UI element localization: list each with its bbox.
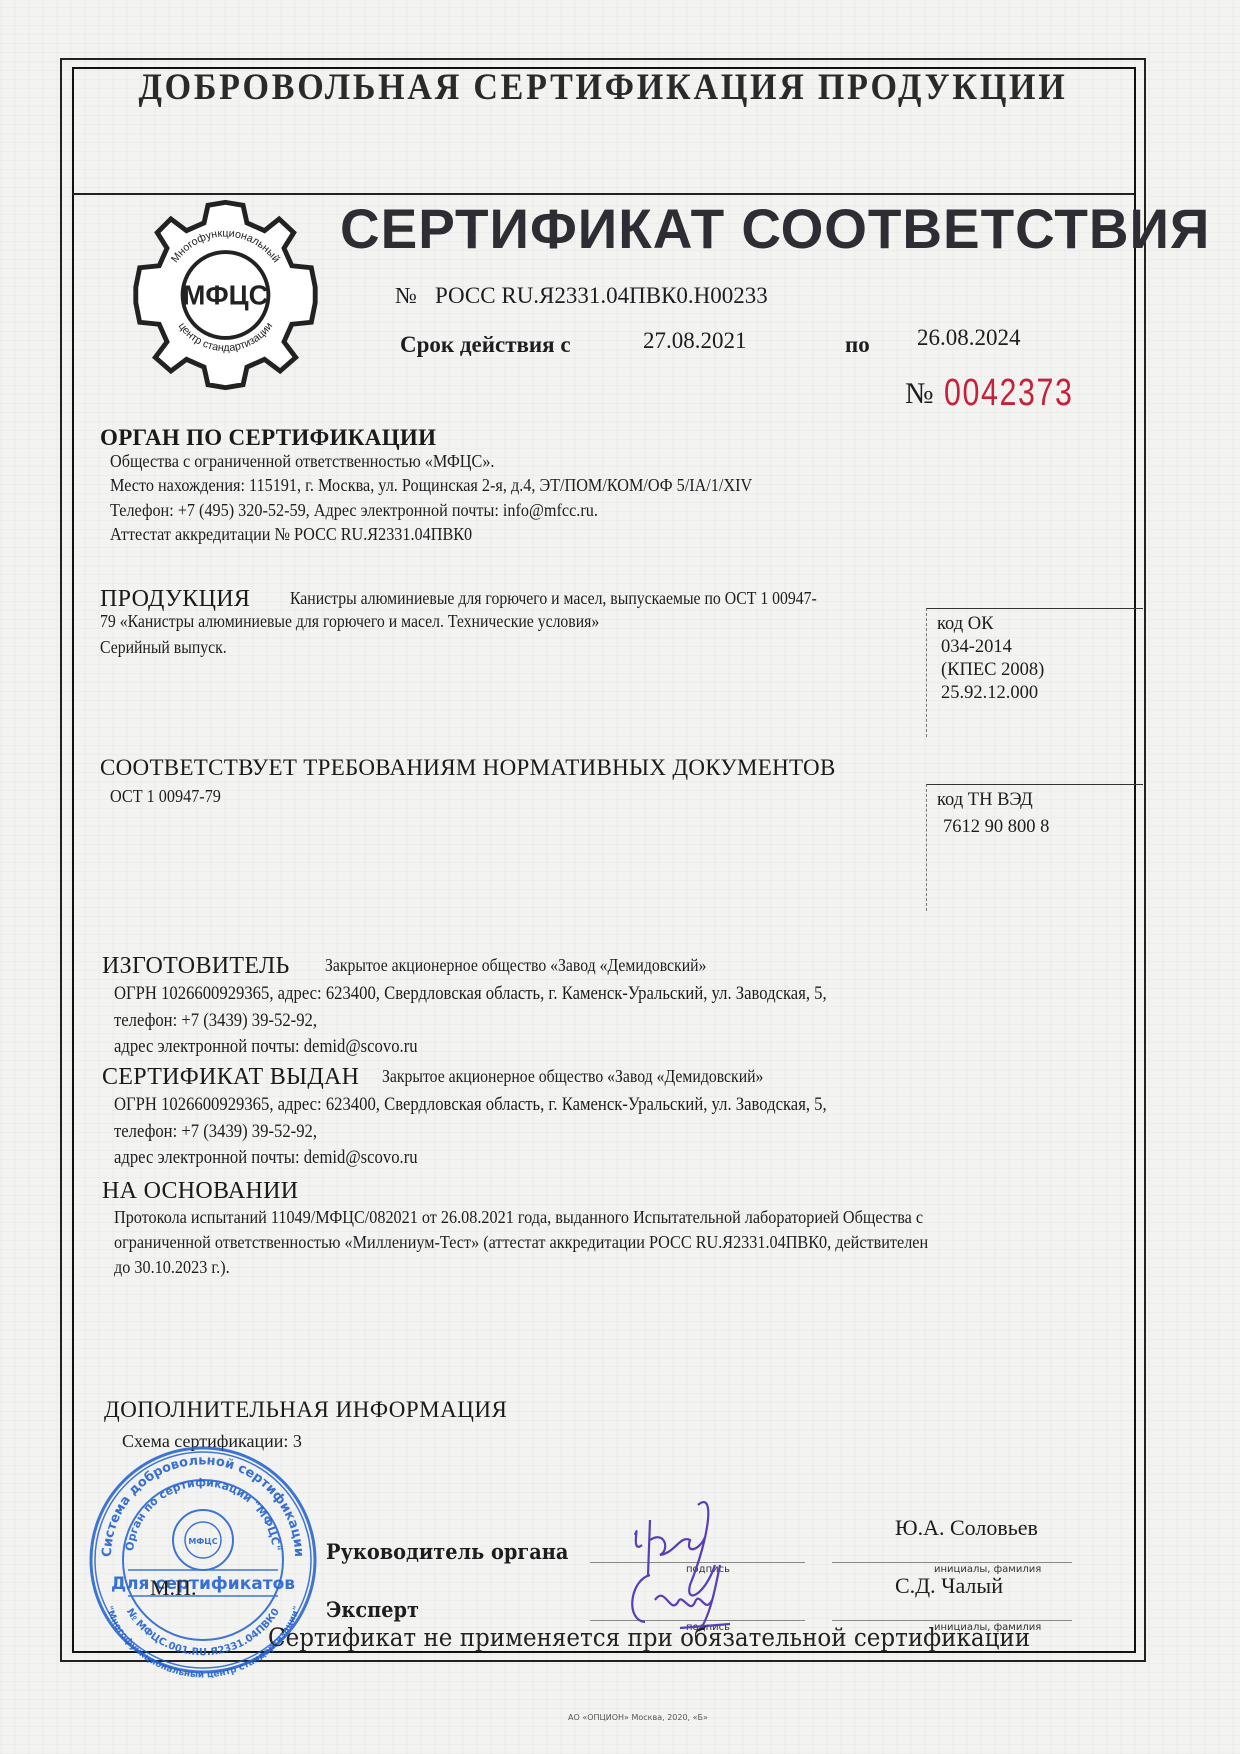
manufacturer-phone: телефон: +7 (3439) 39-52-92, [114,1011,317,1032]
issued-to-address: ОГРН 1026600929365, адрес: 623400, Сверд… [114,1095,827,1116]
basis-heading: НА ОСНОВАНИИ [102,1178,298,1205]
svg-text:МФЦС: МФЦС [188,1537,217,1546]
issued-to-heading: СЕРТИФИКАТ ВЫДАН [102,1064,359,1091]
head-name: Ю.А. Соловьев [895,1515,1038,1541]
product-heading: ПРОДУКЦИЯ [100,586,250,613]
footer-note: Сертификат не применяется при обязательн… [268,1623,1030,1652]
valid-from-date: 27.08.2021 [643,328,747,354]
conformity-heading: СООТВЕТСТВУЕТ ТРЕБОВАНИЯМ НОРМАТИВНЫХ ДО… [100,755,836,781]
manufacturer-name: Закрытое акционерное общество «Завод «Де… [325,955,706,976]
expert-name-line [832,1620,1072,1621]
basis-line: ограниченной ответственностью «Миллениум… [114,1232,928,1253]
certificate-number: №РОСС RU.Я2331.04ПВК0.Н00233 [395,283,768,309]
certificate-title: СЕРТИФИКАТ СООТВЕТСТВИЯ [340,196,1210,261]
product-series: Серийный выпуск. [100,637,227,658]
certification-body-line: Общества с ограниченной ответственностью… [110,451,494,472]
certification-body-heading: ОРГАН ПО СЕРТИФИКАЦИИ [100,425,436,451]
valid-to-date: 26.08.2024 [917,325,1021,351]
validity-label: Срок действия с [400,332,571,358]
basis-line: Протокола испытаний 11049/МФЦС/082021 от… [114,1207,923,1228]
print-note: АО «ОПЦИОН» Москва, 2020, «Б» [568,1713,708,1722]
valid-to-label: по [845,332,870,358]
certification-body-line: Аттестат аккредитации № РОСС RU.Я2331.04… [110,524,472,545]
mfcs-logo-icon: МФЦС Многофункциональный центр стандарти… [128,195,323,395]
certification-body-line: Телефон: +7 (495) 320-52-59, Адрес элект… [110,500,598,521]
manufacturer-heading: ИЗГОТОВИТЕЛЬ [102,953,290,980]
issued-to-phone: телефон: +7 (3439) 39-52-92, [114,1122,317,1143]
certification-body-line: Место нахождения: 115191, г. Москва, ул.… [110,475,752,496]
manufacturer-address: ОГРН 1026600929365, адрес: 623400, Сверд… [114,984,827,1005]
tnved-code-box: код ТН ВЭД 7612 90 800 8 [926,784,1143,911]
head-name-line [832,1562,1072,1563]
normative-document: ОСТ 1 00947-79 [110,786,221,807]
svg-text:№ МФЦС.001.RU.Я2331.04ПВК0: № МФЦС.001.RU.Я2331.04ПВК0 [124,1607,282,1659]
serial-number-symbol: № [905,377,934,411]
expert-name: С.Д. Чалый [895,1573,1003,1599]
stamp-place-label: М.П. [150,1575,196,1601]
document-type-title: ДОБРОВОЛЬНАЯ СЕРТИФИКАЦИЯ ПРОДУКЦИИ [114,66,1091,109]
issued-to-name: Закрытое акционерное общество «Завод «Де… [382,1066,763,1087]
additional-info-heading: ДОПОЛНИТЕЛЬНАЯ ИНФОРМАЦИЯ [104,1397,507,1423]
okpd-code-box: код ОК 034-2014 (КПЕС 2008) 25.92.12.000 [926,608,1143,737]
product-description: Канистры алюминиевые для горючего и масе… [290,588,817,609]
product-description: 79 «Канистры алюминиевые для горючего и … [100,611,599,632]
issued-to-email: адрес электронной почты: demid@scovo.ru [114,1148,418,1169]
expert-role-label: Эксперт [326,1597,419,1622]
basis-line: до 30.10.2023 г.). [114,1257,230,1278]
svg-text:МФЦС: МФЦС [183,280,269,311]
manufacturer-email: адрес электронной почты: demid@scovo.ru [114,1037,418,1058]
serial-number: 0042373 [944,372,1074,415]
head-role-label: Руководитель органа [326,1539,568,1564]
svg-text:Для сертификатов: Для сертификатов [111,1574,295,1594]
